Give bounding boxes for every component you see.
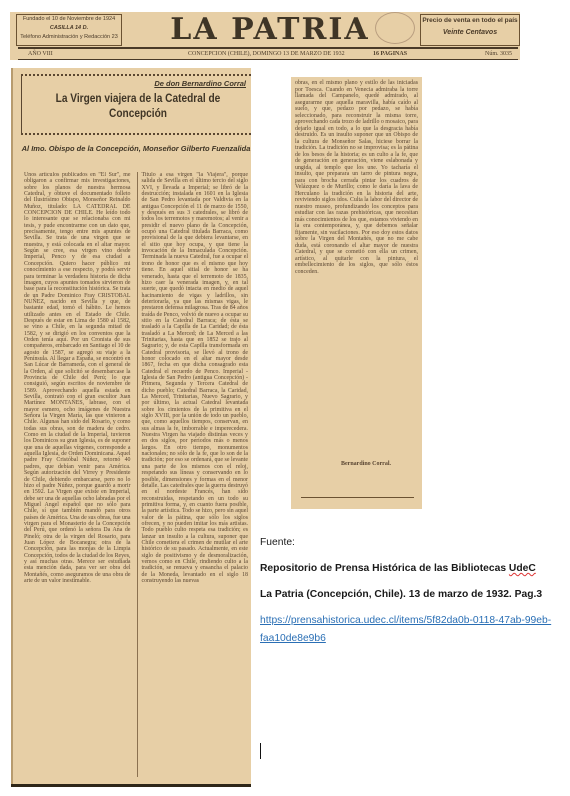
library-stamp-icon [375, 12, 415, 44]
repository-acronym: UdeC [509, 563, 536, 574]
repository-prefix: Repositorio de Prensa Histórica de las B… [260, 563, 509, 574]
text-cursor [260, 743, 261, 759]
phone-info: Teléfono Administración y Redacción 23 [17, 33, 121, 42]
founding-date: Fundado el 10 de Noviembre de 1924 [17, 15, 121, 24]
continuation-text: obras, en el mismo plano y estilo de las… [295, 80, 418, 275]
founding-info-box: Fundado el 10 de Noviembre de 1924 CASIL… [16, 14, 122, 46]
dedication: Al Imo. Obispo de la Concepción, Monseño… [21, 144, 251, 153]
article-column-1: Unos artículos publicados en "El Sur", m… [24, 172, 131, 777]
po-box: CASILLA 14 D. [17, 24, 121, 33]
price-value: Veinte Centavos [421, 27, 519, 39]
issue-number: Núm. 3035 [485, 50, 512, 58]
article-column-2: Titulo a esa virgen "la Viajera", porque… [137, 172, 249, 777]
author-signature: Bernardino Corral. [341, 461, 391, 467]
price-label: Precio de venta en todo el país [421, 15, 519, 27]
byline: De don Bernardino Corral [154, 79, 246, 88]
article-headline: La Virgen viajera de la Catedral de Conc… [36, 92, 240, 122]
year-label: AÑO VIII [28, 50, 53, 58]
source-label: Fuente: [260, 534, 560, 552]
clipping-bottom-rule [11, 784, 251, 787]
headline-box: De don Bernardino Corral La Virgen viaje… [21, 74, 251, 135]
page-count: 16 PAGINAS [373, 50, 407, 58]
masthead-rule-bottom [18, 59, 518, 60]
masthead-rule [18, 47, 518, 49]
price-box: Precio de venta en todo el país Veinte C… [420, 14, 520, 46]
dateline: CONCEPCION (CHILE), DOMINGO 13 DE MARZO … [188, 50, 345, 58]
source-citation: Fuente: Repositorio de Prensa Histórica … [260, 534, 560, 648]
repository-name: Repositorio de Prensa Histórica de las B… [260, 560, 560, 578]
clipping-edge [11, 68, 13, 787]
newspaper-title: LA PATRIA [150, 14, 390, 46]
end-rule [301, 497, 414, 498]
newspaper-masthead: Fundado el 10 de Noviembre de 1924 CASIL… [10, 12, 520, 60]
source-reference: La Patria (Concepción, Chile). 13 de mar… [260, 586, 560, 604]
source-link[interactable]: https://prensahistorica.udec.cl/items/5f… [260, 612, 560, 648]
article-clipping: De don Bernardino Corral La Virgen viaje… [11, 68, 251, 787]
article-columns: Unos artículos publicados en "El Sur", m… [24, 172, 248, 777]
continuation-clipping: obras, en el mismo plano y estilo de las… [291, 77, 422, 509]
